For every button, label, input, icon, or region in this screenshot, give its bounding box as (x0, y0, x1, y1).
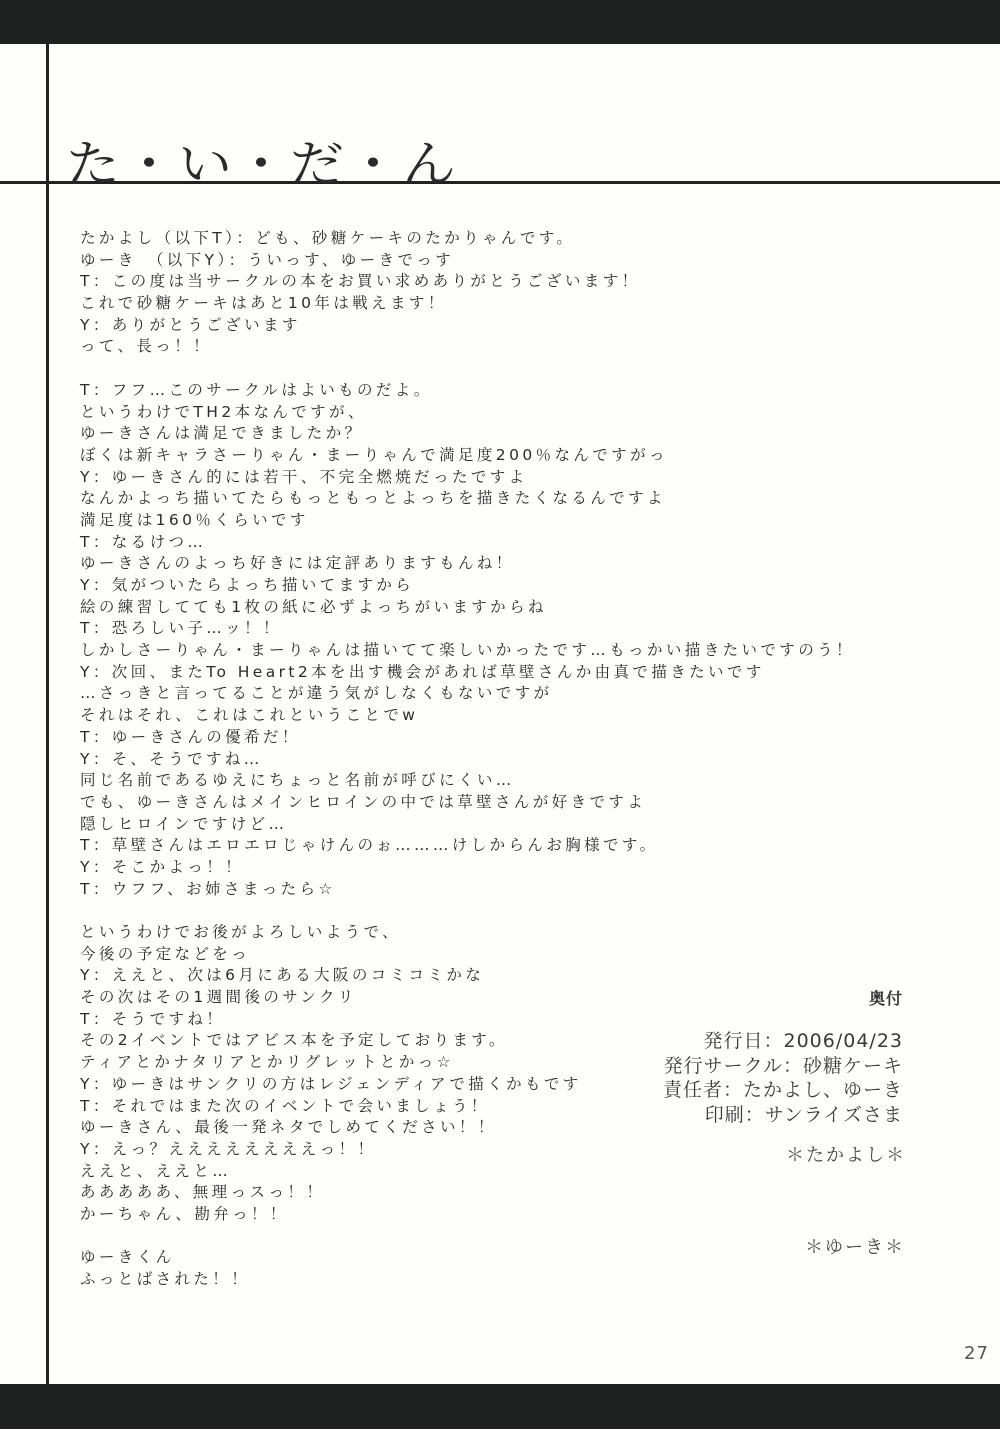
colophon-printer: 印刷：サンライズさま (663, 1103, 903, 1128)
dialogue-line: T：なるけつ… (80, 532, 880, 554)
dialogue-line: …さっきと言ってることが違う気がしなくもないですが (80, 683, 880, 705)
dialogue-line: Y：ありがとうございます (80, 315, 880, 337)
signature-yuki: ＊ゆーき＊ (805, 1233, 905, 1259)
dialogue-line: ゆーきくん (80, 1247, 880, 1269)
colophon-responsible: 責任者：たかよし、ゆーき (663, 1078, 903, 1103)
dialogue-line: 隠しヒロインですけど… (80, 814, 880, 836)
colophon: 奥付 発行日：2006/04/23 発行サークル：砂糖ケーキ 責任者：たかよし、… (663, 986, 903, 1127)
dialogue-line: ゆーきさんのよっち好きには定評ありますもんね！ (80, 553, 880, 575)
dialogue-line: 満足度は160％くらいです (80, 510, 880, 532)
dialogue-line: Y：ゆーきさん的には若干、不完全燃焼だったですよ (80, 467, 880, 489)
dialogue-line: T：ゆーきさんの優希だ！ (80, 727, 880, 749)
dialogue-line: Y：えっ？ええええええええっ！！ (80, 1139, 880, 1161)
dialogue-line: 絵の練習してても1枚の紙に必ずよっちがいますからね (80, 597, 880, 619)
paragraph-gap (80, 1226, 880, 1248)
paragraph-gap (80, 900, 880, 922)
dialogue-line: T：恐ろしい子…ッ！！ (80, 618, 880, 640)
dialogue-line: って、長っ！！ (80, 336, 880, 358)
dialogue-line: しかしさーりゃん・まーりゃんは描いてて楽しいかったです…もっかい描きたいですのう… (80, 640, 880, 662)
dialogue-line: Y：そこかよっ！！ (80, 857, 880, 879)
dialogue-line: というわけでTH2本なんですが、 (80, 402, 880, 424)
dialogue-line: Y：ええと、次は6月にある大阪のコミコミかな (80, 965, 880, 987)
dialogue-line: Y：そ、そうですね… (80, 749, 880, 771)
dialogue-line: ふっとばされた！！ (80, 1269, 880, 1291)
dialogue-line: ぼくは新キャラさーりゃん・まーりゃんで満足度200％なんですがっ (80, 445, 880, 467)
dialogue-line: これで砂糖ケーキはあと10年は戦えます！ (80, 293, 880, 315)
colophon-circle: 発行サークル：砂糖ケーキ (663, 1054, 903, 1079)
dialogue-line: ゆーきさんは満足できましたか？ (80, 423, 880, 445)
dialogue-line: 今後の予定などをっ (80, 944, 880, 966)
dialogue-line: T：ウフフ、お姉さまったら☆ (80, 879, 880, 901)
top-frame-band (0, 0, 1000, 44)
dialogue-line: Y：気がついたらよっち描いてますから (80, 575, 880, 597)
page-number: 27 (964, 1343, 989, 1364)
dialogue-line: 同じ名前であるゆえにちょっと名前が呼びにくい… (80, 770, 880, 792)
left-margin-rule (46, 44, 49, 1384)
dialogue-line: ええと、ええと… (80, 1161, 880, 1183)
dialogue-line: というわけでお後がよろしいようで、 (80, 922, 880, 944)
dialogue-line: かーちゃん、勘弁っ！！ (80, 1204, 880, 1226)
dialogue-line: T：フフ…このサークルはよいものだよ。 (80, 380, 880, 402)
dialogue-line: ゆーき （以下Y）：ういっす、ゆーきでっす (80, 250, 880, 272)
colophon-heading: 奥付 (663, 986, 903, 1009)
page-title: た・い・だ・ん (66, 134, 458, 195)
dialogue-line: T：草壁さんはエロエロじゃけんのぉ………けしからんお胸様です。 (80, 835, 880, 857)
dialogue-line: あああああ、無理っスっ！！ (80, 1182, 880, 1204)
dialogue-line: Y：次回、またTo Heart2本を出す機会があれば草壁さんか由真で描きたいです (80, 662, 880, 684)
colophon-publish-date: 発行日：2006/04/23 (663, 1029, 903, 1054)
paragraph-gap (80, 358, 880, 380)
dialogue-line: たかよし（以下T）：ども、砂糖ケーキのたかりゃんです。 (80, 228, 880, 250)
dialogue-line: なんかよっち描いてたらもっともっとよっちを描きたくなるんですよ (80, 488, 880, 510)
dialogue-body: たかよし（以下T）：ども、砂糖ケーキのたかりゃんです。 ゆーき （以下Y）：うい… (80, 228, 880, 1291)
bottom-frame-band (0, 1384, 1000, 1429)
signature-takayoshi: ＊たかよし＊ (786, 1141, 906, 1167)
dialogue-line: T：この度は当サークルの本をお買い求めありがとうございます！ (80, 271, 880, 293)
dialogue-line: でも、ゆーきさんはメインヒロインの中では草壁さんが好きですよ (80, 792, 880, 814)
dialogue-line: それはそれ、これはこれということでw (80, 705, 880, 727)
